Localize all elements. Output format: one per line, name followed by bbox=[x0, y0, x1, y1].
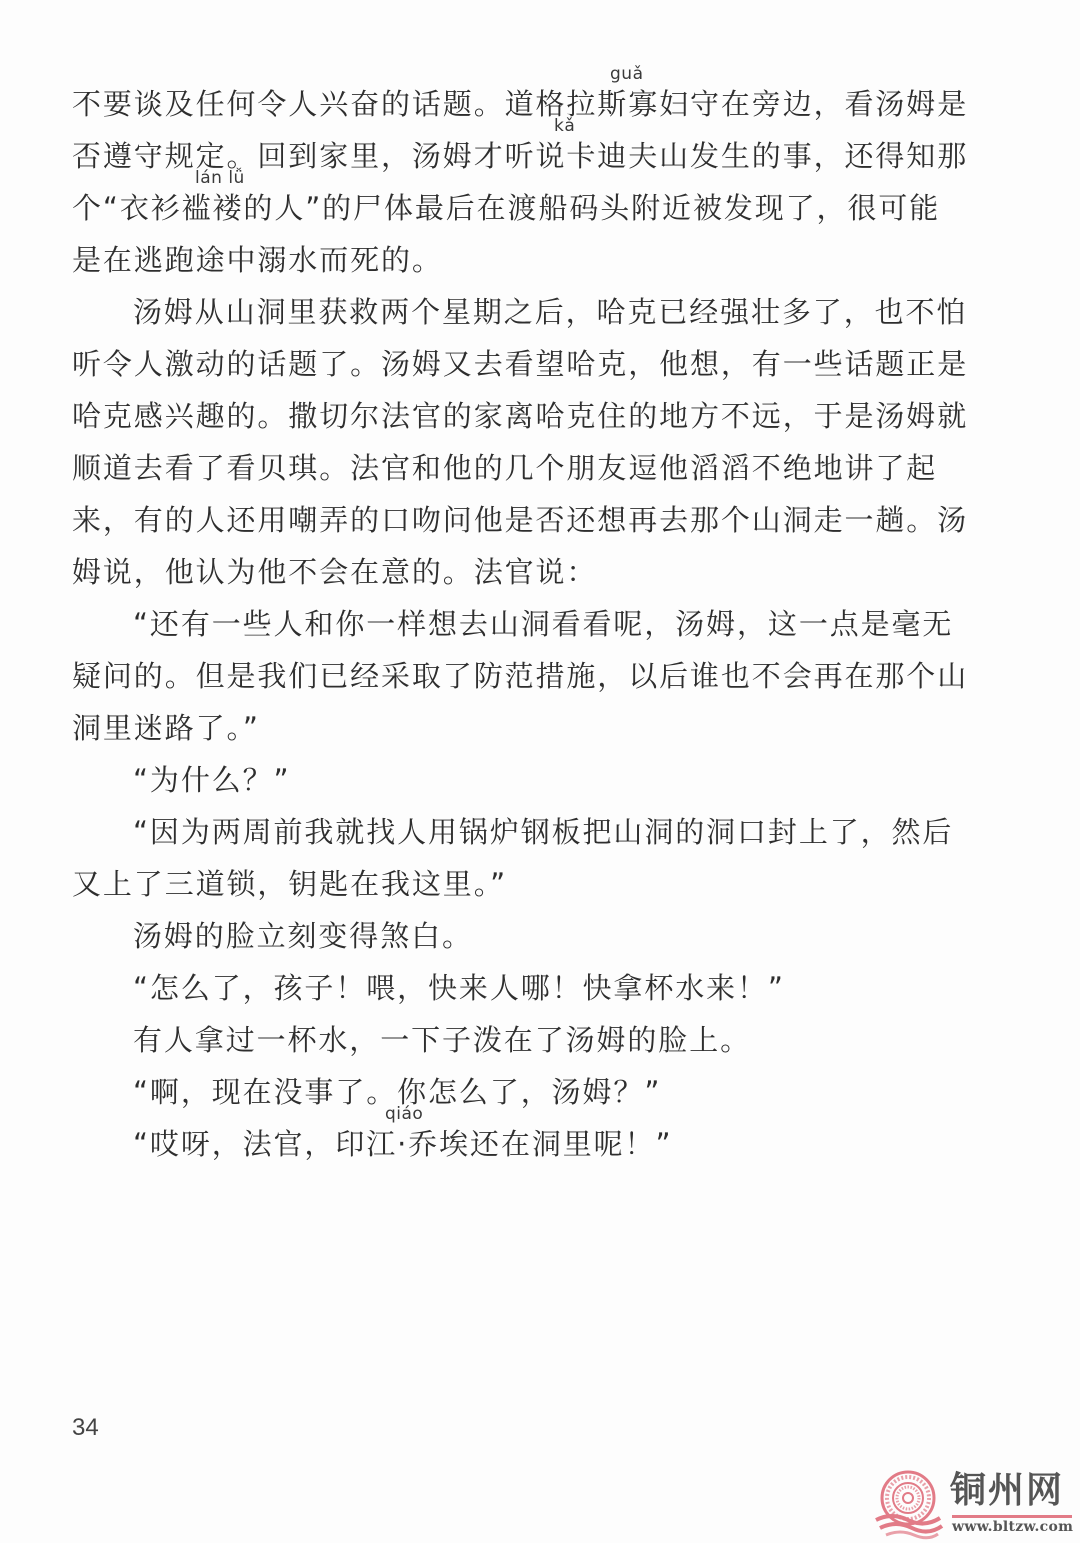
text-line: 个“衣衫褴褛的人”的尸体最后在渡船码头附近被发现了，很可能 bbox=[72, 188, 942, 228]
text-line: “还有一些人和你一样想去山洞看看呢，汤姆，这一点是毫无 bbox=[133, 604, 1003, 644]
pinyin-annotation: qiáo bbox=[385, 1104, 423, 1124]
text-line: 是在逃跑途中溺水而死的。 bbox=[72, 240, 942, 280]
pinyin-annotation: kǎ bbox=[554, 116, 575, 136]
text-line: “因为两周前我就找人用锅炉钢板把山洞的洞口封上了，然后 bbox=[133, 812, 1003, 852]
pinyin-annotation: lán lǚ bbox=[195, 168, 245, 188]
text-line: 姆说，他认为他不会在意的。法官说： bbox=[72, 552, 942, 592]
text-line: 听令人激动的话题了。汤姆又去看望哈克，他想，有一些话题正是 bbox=[72, 344, 942, 384]
text-line: “啊，现在没事了。你怎么了，汤姆？” bbox=[133, 1072, 1003, 1112]
text-line: “为什么？” bbox=[133, 760, 1003, 800]
text-line: 疑问的。但是我们已经采取了防范措施，以后谁也不会再在那个山 bbox=[72, 656, 942, 696]
text-line: 来，有的人还用嘲弄的口吻问他是否还想再去那个山洞走一趟。汤 bbox=[72, 500, 942, 540]
site-watermark: 铜州网 www.bltzw.com bbox=[872, 1462, 1080, 1543]
text-line: “哎呀，法官，印江·乔埃还在洞里呢！” bbox=[133, 1124, 1003, 1164]
text-line: 有人拿过一杯水，一下子泼在了汤姆的脸上。 bbox=[133, 1020, 1003, 1060]
page-number: 34 bbox=[72, 1414, 99, 1442]
pinyin-annotation: guǎ bbox=[610, 64, 643, 84]
text-line: 不要谈及任何令人兴奋的话题。道格拉斯寡妇守在旁边，看汤姆是 bbox=[72, 84, 942, 124]
text-line: 哈克感兴趣的。撒切尔法官的家离哈克住的地方不远，于是汤姆就 bbox=[72, 396, 942, 436]
text-line: 汤姆的脸立刻变得煞白。 bbox=[133, 916, 1003, 956]
site-url: www.bltzw.com bbox=[952, 1519, 1073, 1535]
text-line: 顺道去看了看贝琪。法官和他的几个朋友逗他滔滔不绝地讲了起 bbox=[72, 448, 942, 488]
book-page: 不要谈及任何令人兴奋的话题。道格拉斯寡妇守在旁边，看汤姆是 否遵守规定。回到家里… bbox=[0, 0, 1080, 1543]
site-title: 铜州网 bbox=[950, 1468, 1064, 1512]
text-line: 汤姆从山洞里获救两个星期之后，哈克已经强壮多了，也不怕 bbox=[133, 292, 1003, 332]
divider bbox=[952, 1515, 1072, 1518]
text-line: 又上了三道锁，钥匙在我这里。” bbox=[72, 864, 942, 904]
text-line: “怎么了，孩子！喂，快来人哪！快拿杯水来！” bbox=[133, 968, 1003, 1008]
text-line: 洞里迷路了。” bbox=[72, 708, 942, 748]
site-logo-icon bbox=[872, 1468, 944, 1540]
